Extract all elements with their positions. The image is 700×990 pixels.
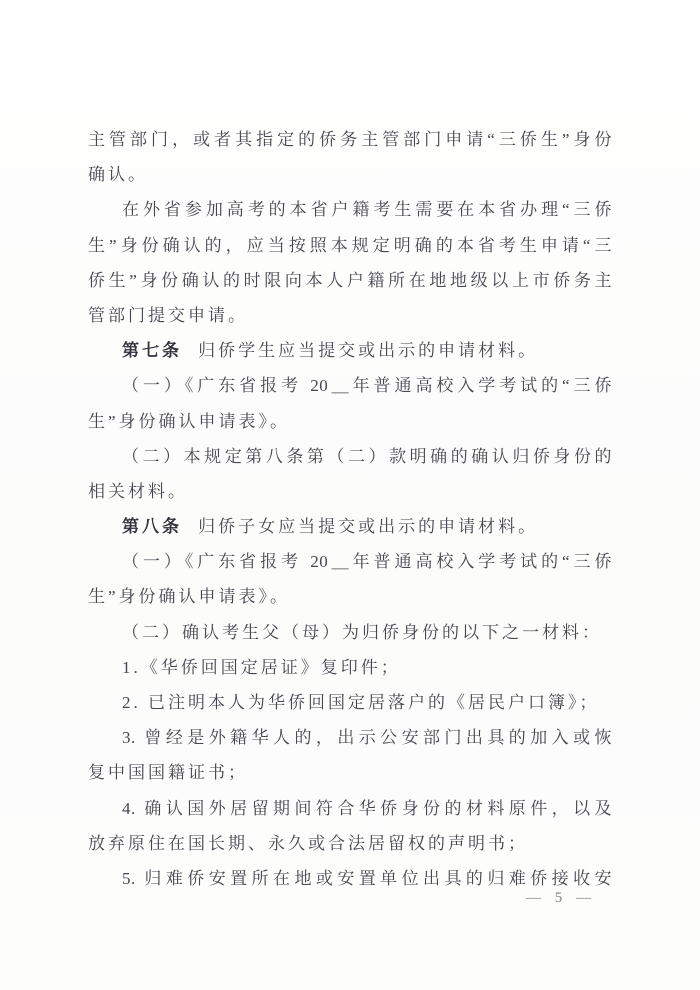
page-number: — 5 —: [0, 886, 700, 910]
text-line: 管部门提交申请。: [88, 298, 612, 333]
document-page: 主管部门，或者其指定的侨务主管部门申请“三侨生”身份确认。在外省参加高考的本省户…: [0, 0, 700, 990]
text-line: （二）确认考生父（母）为归侨身份的以下之一材料：: [88, 615, 612, 650]
text-line: 相关材料。: [88, 474, 612, 509]
line-text: 在外省参加高考的本省户籍考生需要在本省办理“三侨: [122, 200, 612, 219]
text-line: （一）《广东省报考 20＿年普通高校入学考试的“三侨: [88, 368, 612, 403]
text-line: 在外省参加高考的本省户籍考生需要在本省办理“三侨: [88, 192, 612, 227]
text-line: 复中国国籍证书；: [88, 755, 612, 790]
line-text: 主管部门，或者其指定的侨务主管部门申请“三侨生”身份: [88, 130, 612, 149]
line-text: 1.《华侨回国定居证》复印件；: [122, 658, 401, 677]
text-line: 生”身份确认申请表》。: [88, 404, 612, 439]
line-text: 归侨学生应当提交或出示的申请材料。: [198, 341, 538, 360]
text-line: 确认。: [88, 157, 612, 192]
line-text: （二）确认考生父（母）为归侨身份的以下之一材料：: [122, 623, 602, 642]
line-text: 放弃原住在国长期、永久或合法居留权的声明书；: [88, 834, 528, 853]
text-line: 第八条归侨子女应当提交或出示的申请材料。: [88, 509, 612, 544]
text-line: （一）《广东省报考 20＿年普通高校入学考试的“三侨: [88, 544, 612, 579]
line-text: （一）《广东省报考 20＿年普通高校入学考试的“三侨: [122, 552, 612, 571]
line-text: 归侨子女应当提交或出示的申请材料。: [198, 517, 538, 536]
line-text: 3. 曾经是外籍华人的，出示公安部门出具的加入或恢: [122, 728, 612, 747]
text-line: 主管部门，或者其指定的侨务主管部门申请“三侨生”身份: [88, 122, 612, 157]
line-text: 管部门提交申请。: [88, 306, 248, 325]
line-text: 复中国国籍证书；: [88, 763, 248, 782]
line-text: 生”身份确认申请表》。: [88, 587, 290, 606]
line-text: 生”身份确认的，应当按照本规定明确的本省考生申请“三: [88, 236, 612, 255]
article-number: 第七条: [122, 341, 182, 360]
line-text: 相关材料。: [88, 482, 188, 501]
text-line: 3. 曾经是外籍华人的，出示公安部门出具的加入或恢: [88, 720, 612, 755]
text-line: 侨生”身份确认的时限向本人户籍所在地地级以上市侨务主: [88, 263, 612, 298]
text-line: 1.《华侨回国定居证》复印件；: [88, 650, 612, 685]
line-text: 生”身份确认申请表》。: [88, 412, 290, 431]
text-line: 2. 已注明本人为华侨回国定居落户的《居民户口簿》；: [88, 685, 612, 720]
text-line: 第七条归侨学生应当提交或出示的申请材料。: [88, 333, 612, 368]
text-line: （二）本规定第八条第（二）款明确的确认归侨身份的: [88, 439, 612, 474]
article-number: 第八条: [122, 517, 182, 536]
text-line: 生”身份确认申请表》。: [88, 579, 612, 614]
line-text: （二）本规定第八条第（二）款明确的确认归侨身份的: [122, 447, 612, 466]
text-line: 生”身份确认的，应当按照本规定明确的本省考生申请“三: [88, 228, 612, 263]
document-body: 主管部门，或者其指定的侨务主管部门申请“三侨生”身份确认。在外省参加高考的本省户…: [88, 122, 612, 896]
text-line: 放弃原住在国长期、永久或合法居留权的声明书；: [88, 826, 612, 861]
line-text: 侨生”身份确认的时限向本人户籍所在地地级以上市侨务主: [88, 271, 612, 290]
text-line: 4. 确认国外居留期间符合华侨身份的材料原件，以及: [88, 791, 612, 826]
line-text: 确认。: [88, 165, 148, 184]
line-text: 2. 已注明本人为华侨回国定居落户的《居民户口簿》；: [122, 693, 600, 712]
line-text: 4. 确认国外居留期间符合华侨身份的材料原件，以及: [122, 799, 612, 818]
line-text: （一）《广东省报考 20＿年普通高校入学考试的“三侨: [122, 376, 612, 395]
